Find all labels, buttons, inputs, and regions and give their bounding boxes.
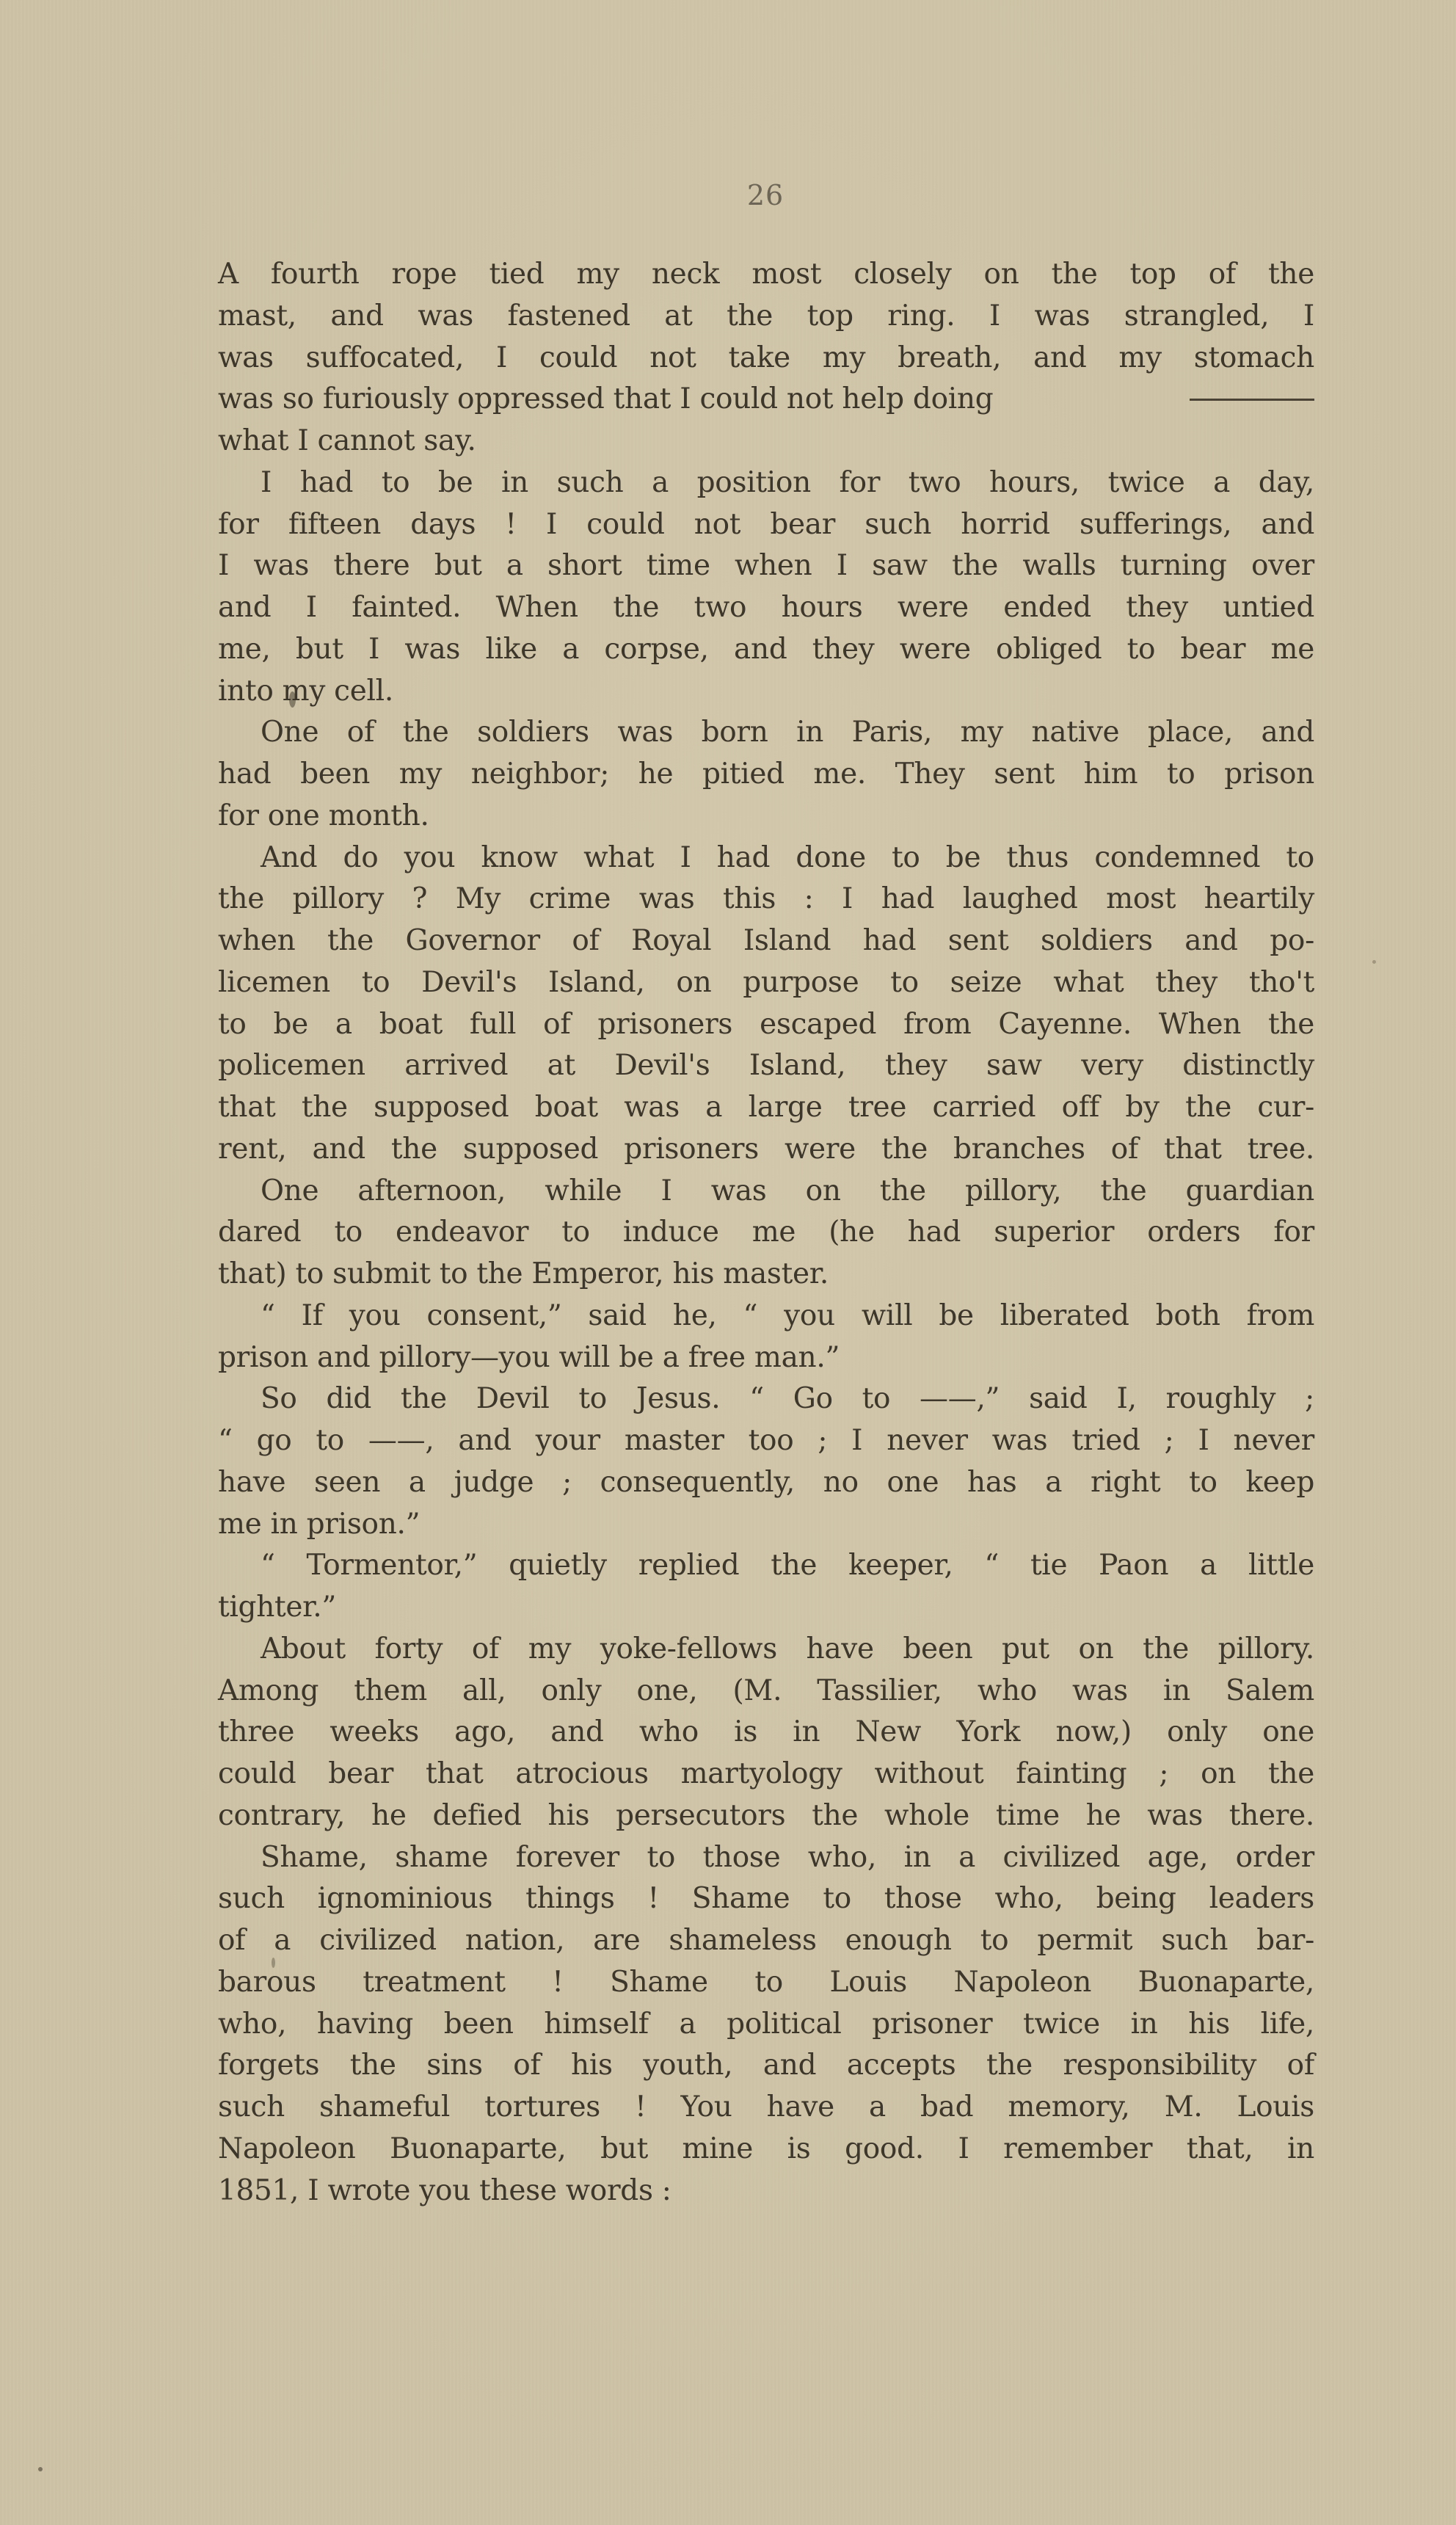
text-line: for one month. <box>218 796 1314 838</box>
text-line: “ If you consent,” said he, “ you will b… <box>218 1296 1314 1337</box>
text-line: “ go to ——, and your master too ; I neve… <box>218 1420 1314 1462</box>
text-line: have seen a judge ; consequently, no one… <box>218 1462 1314 1504</box>
text-line: 1851, I wrote you these words : <box>218 2170 1314 2212</box>
text-line: prison and pillory—you will be a free ma… <box>218 1337 1314 1379</box>
text-line: such shameful tortures ! You have a bad … <box>218 2087 1314 2129</box>
text-line: One of the soldiers was born in Paris, m… <box>218 712 1314 754</box>
text-line: me, but I was like a corpse, and they we… <box>218 629 1314 671</box>
text-line: “ Tormentor,” quietly replied the keeper… <box>218 1545 1314 1587</box>
paragraph-10: Shame, shame forever to those who, in a … <box>218 1837 1314 2212</box>
paragraph-2: I had to be in such a position for two h… <box>218 462 1314 713</box>
text-line: mast, and was fastened at the top ring. … <box>218 296 1314 338</box>
censored-dash-rule <box>1190 399 1314 401</box>
text-line: I had to be in such a position for two h… <box>218 462 1314 504</box>
text-line: to be a boat full of prisoners escaped f… <box>218 1004 1314 1046</box>
text-line: three weeks ago, and who is in New York … <box>218 1712 1314 1754</box>
paper-blemish <box>289 691 296 708</box>
text-line: A fourth rope tied my neck most closely … <box>218 254 1314 296</box>
paragraph-8: “ Tormentor,” quietly replied the keeper… <box>218 1545 1314 1629</box>
paragraph-5: One afternoon, while I was on the pillor… <box>218 1171 1314 1296</box>
text-line: the pillory ? My crime was this : I had … <box>218 879 1314 920</box>
text-line: policemen arrived at Devil's Island, the… <box>218 1045 1314 1087</box>
paragraph-9: About forty of my yoke-fellows have been… <box>218 1629 1314 1837</box>
text-line: Napoleon Buonaparte, but mine is good. I… <box>218 2129 1314 2170</box>
text-line: what I cannot say. <box>218 421 1314 462</box>
text-line: So did the Devil to Jesus. “ Go to ——,” … <box>218 1378 1314 1420</box>
text-line: contrary, he defied his persecutors the … <box>218 1795 1314 1837</box>
text-line: And do you know what I had done to be th… <box>218 838 1314 879</box>
paragraph-3: One of the soldiers was born in Paris, m… <box>218 712 1314 837</box>
text-line: that) to submit to the Emperor, his mast… <box>218 1254 1314 1296</box>
text-line: and I fainted. When the two hours were e… <box>218 587 1314 629</box>
text-line: Among them all, only one, (M. Tassilier,… <box>218 1671 1314 1712</box>
paper-blemish <box>38 2467 43 2471</box>
text-line: me in prison.” <box>218 1504 1314 1546</box>
paragraph-1: A fourth rope tied my neck most closely … <box>218 254 1314 462</box>
paragraph-4: And do you know what I had done to be th… <box>218 838 1314 1171</box>
scanned-book-page: 26 A fourth rope tied my neck most close… <box>0 0 1456 2525</box>
text-line: for fifteen days ! I could not bear such… <box>218 504 1314 546</box>
text-line: such ignominious things ! Shame to those… <box>218 1878 1314 1920</box>
text-line: tighter.” <box>218 1587 1314 1629</box>
body-text: A fourth rope tied my neck most closely … <box>218 254 1314 2212</box>
text-line-content: was so furiously oppressed that I could … <box>218 379 993 421</box>
paragraph-6: “ If you consent,” said he, “ you will b… <box>218 1296 1314 1379</box>
text-line: barous treatment ! Shame to Louis Napole… <box>218 1962 1314 2004</box>
text-line: rent, and the supposed prisoners were th… <box>218 1129 1314 1171</box>
text-line: Shame, shame forever to those who, in a … <box>218 1837 1314 1879</box>
paragraph-7: So did the Devil to Jesus. “ Go to ——,” … <box>218 1378 1314 1545</box>
text-line: of a civilized nation, are shameless eno… <box>218 1920 1314 1962</box>
text-line: licemen to Devil's Island, on purpose to… <box>218 962 1314 1004</box>
paper-blemish <box>272 1958 275 1968</box>
text-line: who, having been himself a political pri… <box>218 2004 1314 2046</box>
text-line: when the Governor of Royal Island had se… <box>218 920 1314 962</box>
text-line: dared to endeavor to induce me (he had s… <box>218 1212 1314 1254</box>
paper-blemish <box>1372 960 1376 964</box>
text-line-with-rule: was so furiously oppressed that I could … <box>218 379 1314 421</box>
page-number: 26 <box>0 179 1456 211</box>
text-line: I was there but a short time when I saw … <box>218 545 1314 587</box>
text-line: One afternoon, while I was on the pillor… <box>218 1171 1314 1213</box>
text-line: could bear that atrocious martyology wit… <box>218 1754 1314 1795</box>
text-line: was suffocated, I could not take my brea… <box>218 338 1314 379</box>
text-line: forgets the sins of his youth, and accep… <box>218 2045 1314 2087</box>
text-line: into my cell. <box>218 671 1314 713</box>
text-line: that the supposed boat was a large tree … <box>218 1087 1314 1129</box>
text-line: had been my neighbor; he pitied me. They… <box>218 754 1314 796</box>
text-line: About forty of my yoke-fellows have been… <box>218 1629 1314 1671</box>
